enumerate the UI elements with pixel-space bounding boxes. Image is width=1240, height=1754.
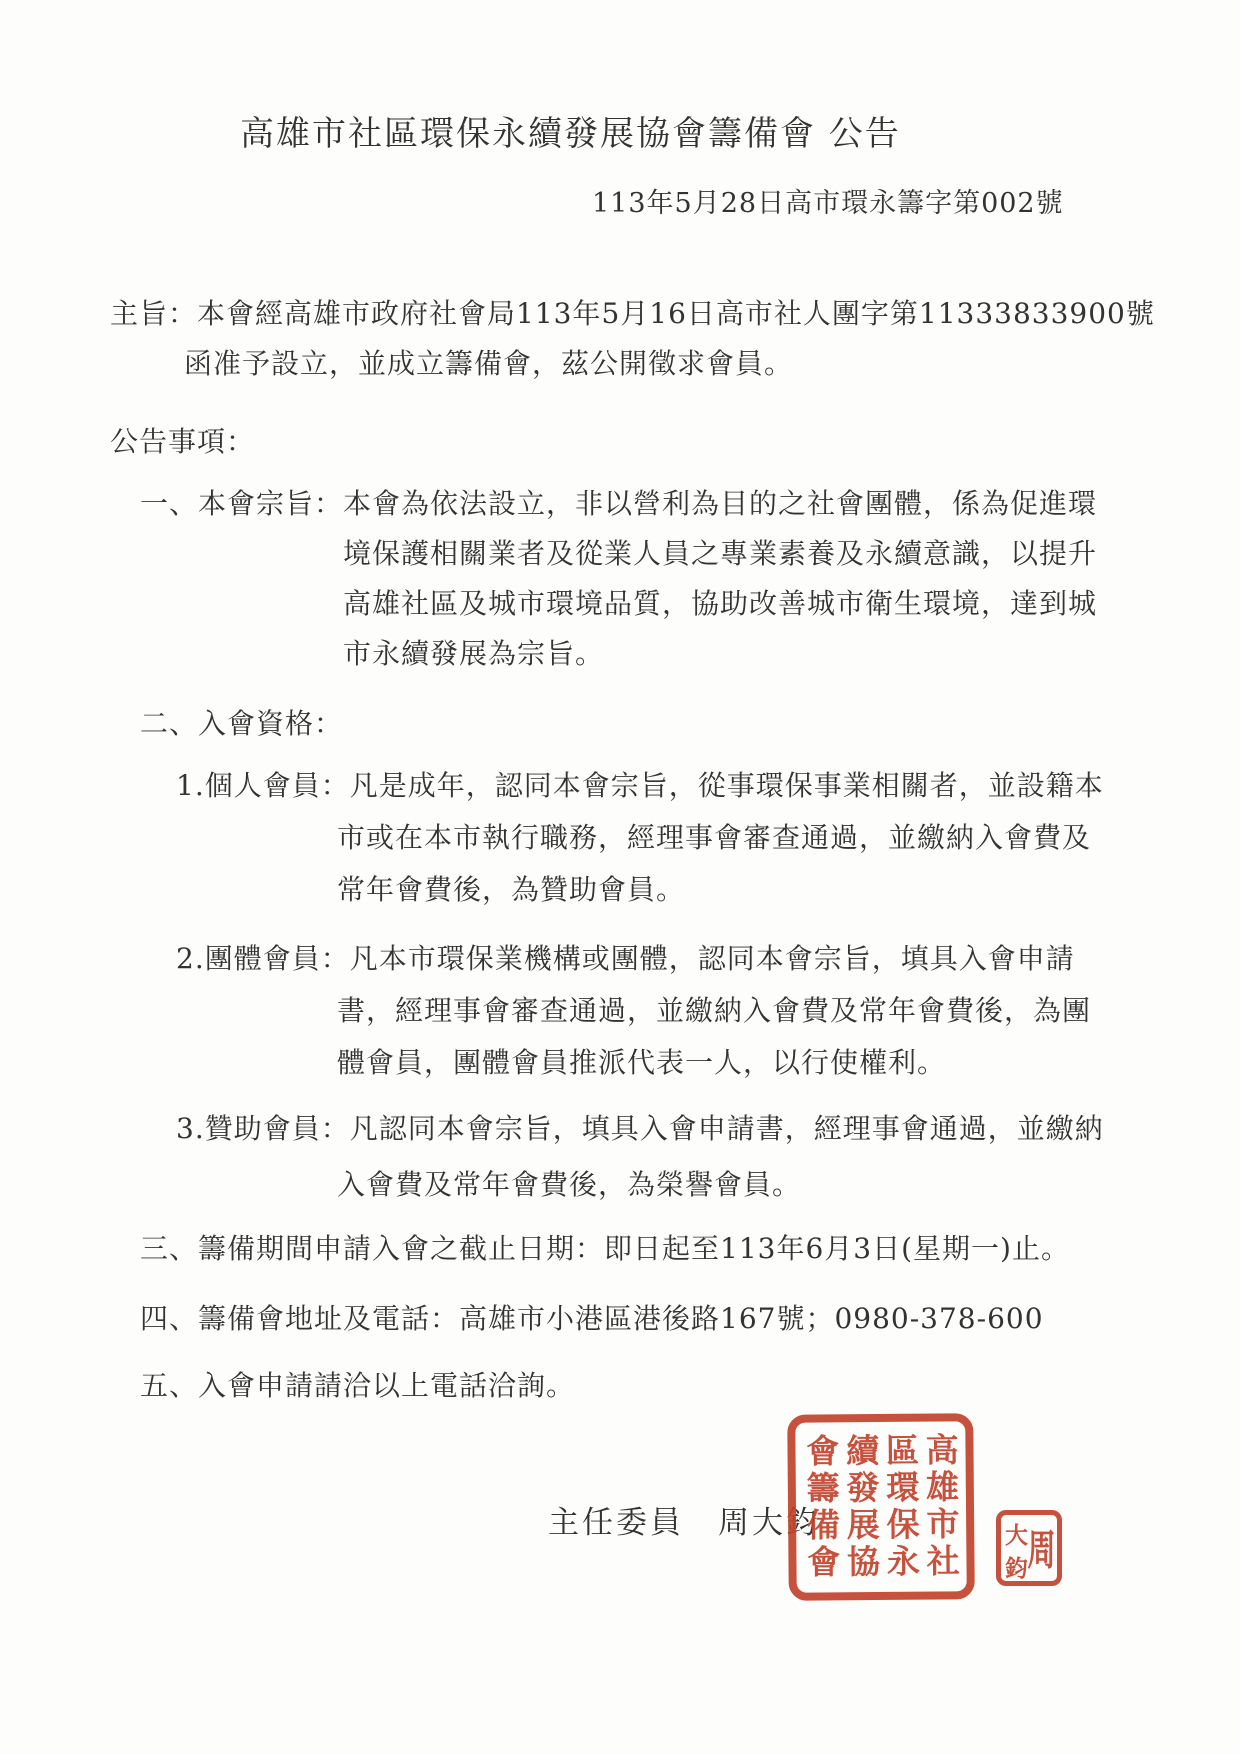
subitem-group-member: 2.團體會員：凡本市環保業機構或團體，認同本會宗旨，填具入會申請 書，經理事會審… — [176, 933, 1091, 1089]
item-label: 入會資格： — [198, 707, 343, 740]
subitem-text: 凡本市環保業機構或團體，認同本會宗旨，填具入會申請 — [350, 942, 1075, 975]
subitem-line: 入會費及常年會費後，為榮譽會員。 — [337, 1157, 1104, 1213]
personal-name-seal-stamp: 周 大 鈞 — [996, 1510, 1062, 1586]
personal-seal-char: 大 — [1005, 1517, 1028, 1550]
subitem-line: 1.個人會員：凡是成年，認同本會宗旨，從事環保事業相關者，並設籍本 — [176, 760, 1104, 812]
item-line: 一、本會宗旨：本會為依法設立，非以營利為目的之社會團體，係為促進環 — [140, 479, 1097, 529]
item-text: 籌備會地址及電話：高雄市小港區港後路167號；0980-378-600 — [198, 1302, 1044, 1335]
subitem-number: 1. — [176, 769, 205, 802]
signature-title: 主任委員 — [548, 1505, 684, 1541]
item-number: 一、 — [140, 487, 198, 520]
subitem-sponsor-member: 3.贊助會員：凡認同本會宗旨，填具入會申請書，經理事會通過，並繳納 入會費及常年… — [176, 1101, 1104, 1213]
subitem-label: 個人會員： — [205, 769, 350, 802]
organization-seal-column: 續發展協 — [844, 1433, 878, 1581]
subitem-line: 書，經理事會審查通過，並繳納入會費及常年會費後，為團 — [337, 985, 1091, 1037]
subitem-text: 凡是成年，認同本會宗旨，從事環保事業相關者，並設籍本 — [350, 769, 1104, 802]
item-number: 三、 — [140, 1232, 198, 1265]
subject-text: 本會經高雄市政府社會局113年5月16日高市社人團字第11333833900號 — [197, 297, 1155, 330]
item-label: 本會宗旨： — [198, 487, 343, 520]
item-text: 本會為依法設立，非以營利為目的之社會團體，係為促進環 — [343, 487, 1097, 520]
organization-seal-stamp: 高雄市社 區環保永 續發展協 會籌備會 — [787, 1413, 975, 1601]
signature-line: 主任委員周大鈞 — [548, 1503, 820, 1543]
item-membership-eligibility: 二、入會資格： — [140, 699, 343, 749]
item-deadline: 三、籌備期間申請入會之截止日期：即日起至113年6月3日(星期一)止。 — [140, 1224, 1070, 1274]
personal-seal-char: 周 — [1029, 1517, 1054, 1579]
personal-seal-char: 鈞 — [1005, 1550, 1028, 1583]
personal-seal-chars: 大 鈞 — [1004, 1517, 1029, 1579]
subject-line: 主旨：本會經高雄市政府社會局113年5月16日高市社人團字第1133383390… — [110, 289, 1155, 339]
item-number: 四、 — [140, 1302, 198, 1335]
announcement-items-heading: 公告事項： — [110, 417, 255, 467]
subject-section: 主旨：本會經高雄市政府社會局113年5月16日高市社人團字第1133383390… — [110, 289, 1155, 389]
subitem-number: 2. — [176, 942, 205, 975]
item-line: 三、籌備期間申請入會之截止日期：即日起至113年6月3日(星期一)止。 — [140, 1224, 1070, 1274]
subitem-label: 團體會員： — [205, 942, 350, 975]
subitem-line: 2.團體會員：凡本市環保業機構或團體，認同本會宗旨，填具入會申請 — [176, 933, 1091, 985]
subitem-individual-member: 1.個人會員：凡是成年，認同本會宗旨，從事環保事業相關者，並設籍本 市或在本市執… — [176, 760, 1104, 916]
subitem-line: 市或在本市執行職務，經理事會審查通過，並繳納入會費及 — [337, 812, 1104, 864]
item-application-contact: 五、入會申請請洽以上電話洽詢。 — [140, 1361, 575, 1411]
subitem-line: 體會員，團體會員推派代表一人，以行使權利。 — [337, 1037, 1091, 1089]
item-line: 境保護相關業者及從業人員之專業素養及永續意識，以提升 — [343, 529, 1097, 579]
subitem-text: 凡認同本會宗旨，填具入會申請書，經理事會通過，並繳納 — [350, 1112, 1104, 1145]
subitem-label: 贊助會員： — [205, 1112, 350, 1145]
item-line: 高雄社區及城市環境品質，協助改善城市衛生環境，達到城 — [343, 579, 1097, 629]
item-line: 四、籌備會地址及電話：高雄市小港區港後路167號；0980-378-600 — [140, 1294, 1044, 1344]
reference-number: 113年5月28日高市環永籌字第002號 — [592, 186, 1064, 221]
item-number: 五、 — [140, 1369, 198, 1402]
subitem-number: 3. — [176, 1112, 205, 1145]
item-text: 籌備期間申請入會之截止日期：即日起至113年6月3日(星期一)止。 — [198, 1232, 1070, 1265]
item-address-phone: 四、籌備會地址及電話：高雄市小港區港後路167號；0980-378-600 — [140, 1294, 1044, 1344]
subject-label: 主旨： — [110, 297, 197, 330]
subitem-line: 常年會費後，為贊助會員。 — [337, 864, 1104, 916]
scanned-announcement-document: 高雄市社區環保永續發展協會籌備會 公告 113年5月28日高市環永籌字第002號… — [0, 0, 1240, 1754]
organization-seal-column: 區環保永 — [884, 1433, 918, 1581]
item-number: 二、 — [140, 707, 198, 740]
subitem-line: 3.贊助會員：凡認同本會宗旨，填具入會申請書，經理事會通過，並繳納 — [176, 1101, 1104, 1157]
item-purpose: 一、本會宗旨：本會為依法設立，非以營利為目的之社會團體，係為促進環 境保護相關業… — [140, 479, 1097, 679]
organization-seal-column: 會籌備會 — [804, 1433, 838, 1581]
item-text: 入會申請請洽以上電話洽詢。 — [198, 1369, 575, 1402]
subject-line: 函准予設立，並成立籌備會，茲公開徵求會員。 — [184, 339, 1155, 389]
item-line: 二、入會資格： — [140, 699, 343, 749]
organization-seal-column: 高雄市社 — [924, 1432, 958, 1580]
item-line: 五、入會申請請洽以上電話洽詢。 — [140, 1361, 575, 1411]
document-title: 高雄市社區環保永續發展協會籌備會 公告 — [240, 112, 901, 156]
item-line: 市永續發展為宗旨。 — [343, 629, 1097, 679]
